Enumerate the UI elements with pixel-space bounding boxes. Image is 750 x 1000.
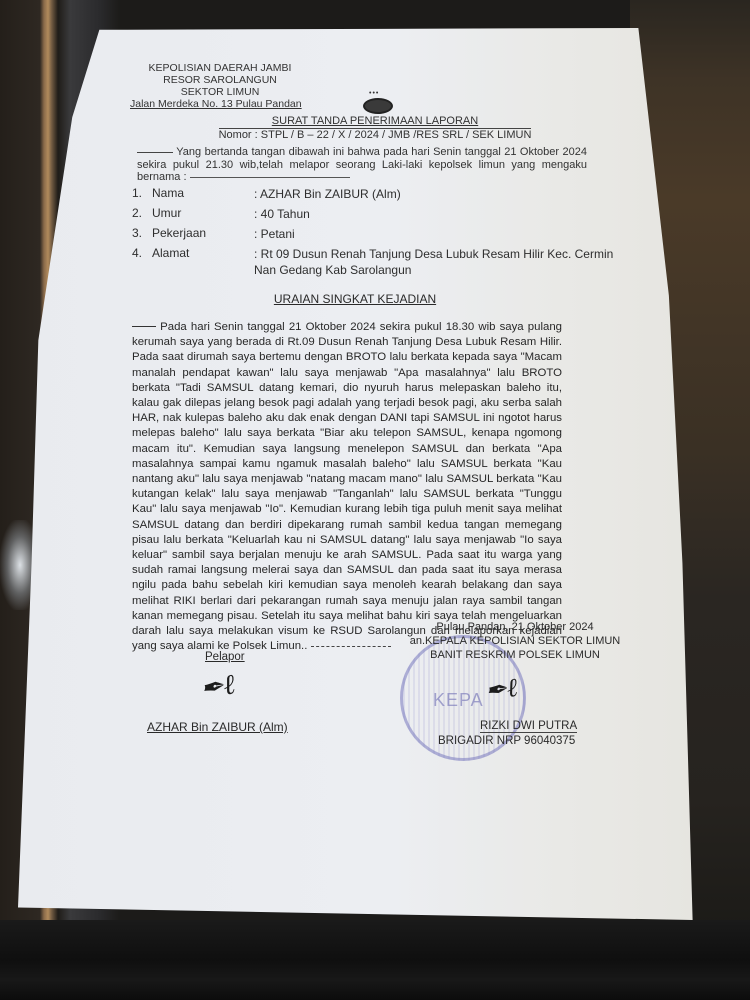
officer-signature-block: Pulau Pandan, 21 Oktober 2024 an.KEPALA … bbox=[390, 620, 640, 662]
emblem-stars-icon: ••• bbox=[369, 90, 379, 97]
letterhead-line: SEKTOR LIMUN bbox=[140, 86, 300, 98]
field-number: 4. bbox=[132, 246, 142, 260]
document-title: SURAT TANDA PENERIMAAN LAPORAN Nomor : S… bbox=[190, 115, 560, 142]
dash-line bbox=[132, 326, 156, 327]
field-number: 1. bbox=[132, 186, 142, 200]
officer-rank: BRIGADIR NRP 96040375 bbox=[438, 735, 575, 747]
field-number: 2. bbox=[132, 206, 142, 220]
fill-line bbox=[190, 177, 350, 178]
police-emblem-icon bbox=[363, 98, 393, 114]
incident-text: Pada hari Senin tanggal 21 Oktober 2024 … bbox=[132, 321, 562, 652]
dash-line bbox=[137, 152, 173, 153]
letterhead-address: Jalan Merdeka No. 13 Pulau Pandan bbox=[130, 98, 300, 110]
place-date: Pulau Pandan, 21 Oktober 2024 bbox=[390, 620, 640, 634]
field-label: Umur bbox=[152, 206, 181, 220]
reporter-name: AZHAR Bin ZAIBUR (Alm) bbox=[147, 720, 288, 734]
field-value: : AZHAR Bin ZAIBUR (Alm) bbox=[254, 186, 614, 202]
field-value: : 40 Tahun bbox=[254, 206, 614, 222]
reporter-fields: 1. Nama : AZHAR Bin ZAIBUR (Alm) 2. Umur… bbox=[132, 186, 602, 282]
field-label: Nama bbox=[152, 186, 184, 200]
field-value: : Petani bbox=[254, 226, 614, 242]
field-row-address: 4. Alamat : Rt 09 Dusun Renah Tanjung De… bbox=[132, 246, 602, 282]
letterhead-line: KEPOLISIAN DAERAH JAMBI bbox=[140, 62, 300, 74]
stamp-text: KEPA bbox=[433, 690, 484, 711]
section-title: URAIAN SINGKAT KEJADIAN bbox=[185, 292, 525, 306]
field-row-name: 1. Nama : AZHAR Bin ZAIBUR (Alm) bbox=[132, 186, 602, 206]
officer-name: RIZKI DWI PUTRA bbox=[480, 720, 577, 733]
field-row-occupation: 3. Pekerjaan : Petani bbox=[132, 226, 602, 246]
officer-signature-icon: ✒ℓ bbox=[483, 673, 519, 707]
incident-narrative: Pada hari Senin tanggal 21 Oktober 2024 … bbox=[132, 320, 562, 654]
document-number: Nomor : STPL / B – 22 / X / 2024 / JMB /… bbox=[219, 128, 532, 142]
intro-paragraph: Yang bertanda tangan dibawah ini bahwa p… bbox=[137, 146, 587, 184]
fill-line bbox=[311, 646, 391, 647]
reporter-signature-icon: ✒ℓ bbox=[197, 667, 237, 707]
document-title-main: SURAT TANDA PENERIMAAN LAPORAN bbox=[190, 115, 560, 128]
field-label: Pekerjaan bbox=[152, 226, 206, 240]
field-number: 3. bbox=[132, 226, 142, 240]
letterhead: KEPOLISIAN DAERAH JAMBI RESOR SAROLANGUN… bbox=[140, 62, 300, 110]
officer-title-line: an.KEPALA KEPOLISIAN SEKTOR LIMUN bbox=[390, 634, 640, 648]
field-value: : Rt 09 Dusun Renah Tanjung Desa Lubuk R… bbox=[254, 246, 614, 278]
officer-unit-line: BANIT RESKRIM POLSEK LIMUN bbox=[390, 648, 640, 662]
field-row-age: 2. Umur : 40 Tahun bbox=[132, 206, 602, 226]
letterhead-line: RESOR SAROLANGUN bbox=[140, 74, 300, 86]
field-label: Alamat bbox=[152, 246, 189, 260]
police-report-document: KEPOLISIAN DAERAH JAMBI RESOR SAROLANGUN… bbox=[0, 0, 750, 1000]
reporter-label: Pelapor bbox=[205, 651, 245, 663]
